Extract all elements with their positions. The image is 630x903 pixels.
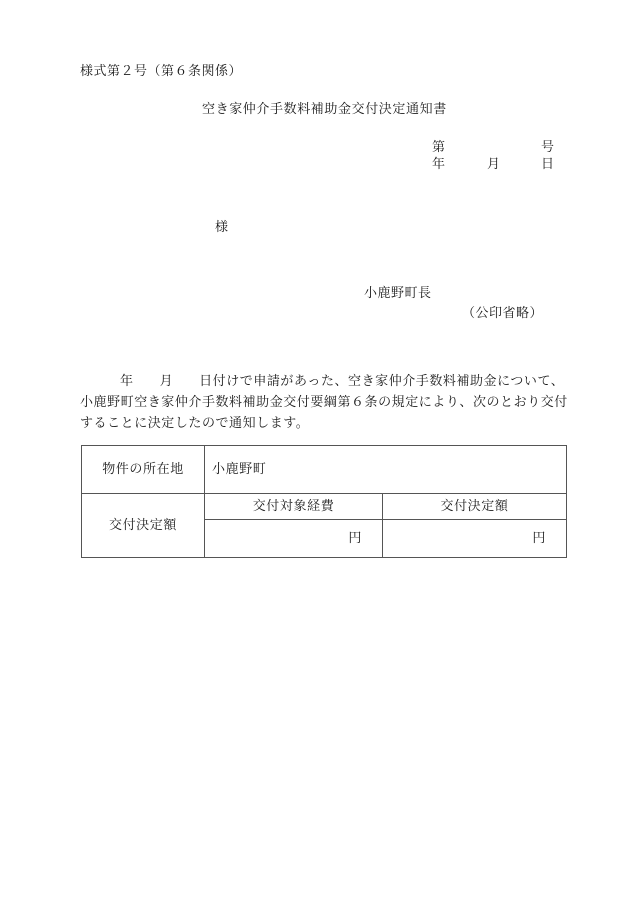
decided-amount-value: 円 (383, 520, 567, 558)
grant-details-table: 物件の所在地 小鹿野町 交付決定額 交付対象経費 交付決定額 円 円 (81, 445, 567, 558)
document-title: 空き家仲介手数料補助金交付決定通知書 (202, 103, 447, 116)
addressee-suffix: 様 (215, 221, 228, 234)
notice-body: 年月日付けで申請があった、空き家仲介手数料補助金について、 小鹿野町空き家仲介手… (80, 371, 570, 434)
body-line-1: 年月日付けで申請があった、空き家仲介手数料補助金について、 (80, 371, 570, 392)
location-value: 小鹿野町 (205, 446, 567, 494)
body-line-1-rest: 日付けで申請があった、空き家仲介手数料補助金について、 (199, 374, 564, 389)
form-number-label: 様式第２号（第６条関係） (80, 65, 242, 78)
decided-amount-header: 交付決定額 (383, 494, 567, 520)
seal-omitted-note: （公印省略） (462, 307, 543, 320)
eligible-cost-header: 交付対象経費 (205, 494, 383, 520)
reference-suffix: 号 (541, 141, 554, 154)
date-day: 日 (541, 158, 554, 171)
body-year: 年 (120, 374, 134, 389)
location-label: 物件の所在地 (82, 446, 205, 494)
date-year: 年 (432, 158, 445, 171)
body-month: 月 (160, 374, 174, 389)
eligible-cost-value: 円 (205, 520, 383, 558)
body-line-2: 小鹿野町空き家仲介手数料補助金交付要綱第６条の規定により、次のとおり交付 (80, 392, 570, 413)
date-month: 月 (487, 158, 500, 171)
amount-label: 交付決定額 (82, 494, 205, 558)
table-row-amount-headers: 交付決定額 交付対象経費 交付決定額 (82, 494, 567, 520)
body-line-3: することに決定したので通知します。 (80, 413, 570, 434)
table-row-location: 物件の所在地 小鹿野町 (82, 446, 567, 494)
issuer-name: 小鹿野町長 (364, 287, 432, 300)
reference-prefix: 第 (432, 141, 445, 154)
